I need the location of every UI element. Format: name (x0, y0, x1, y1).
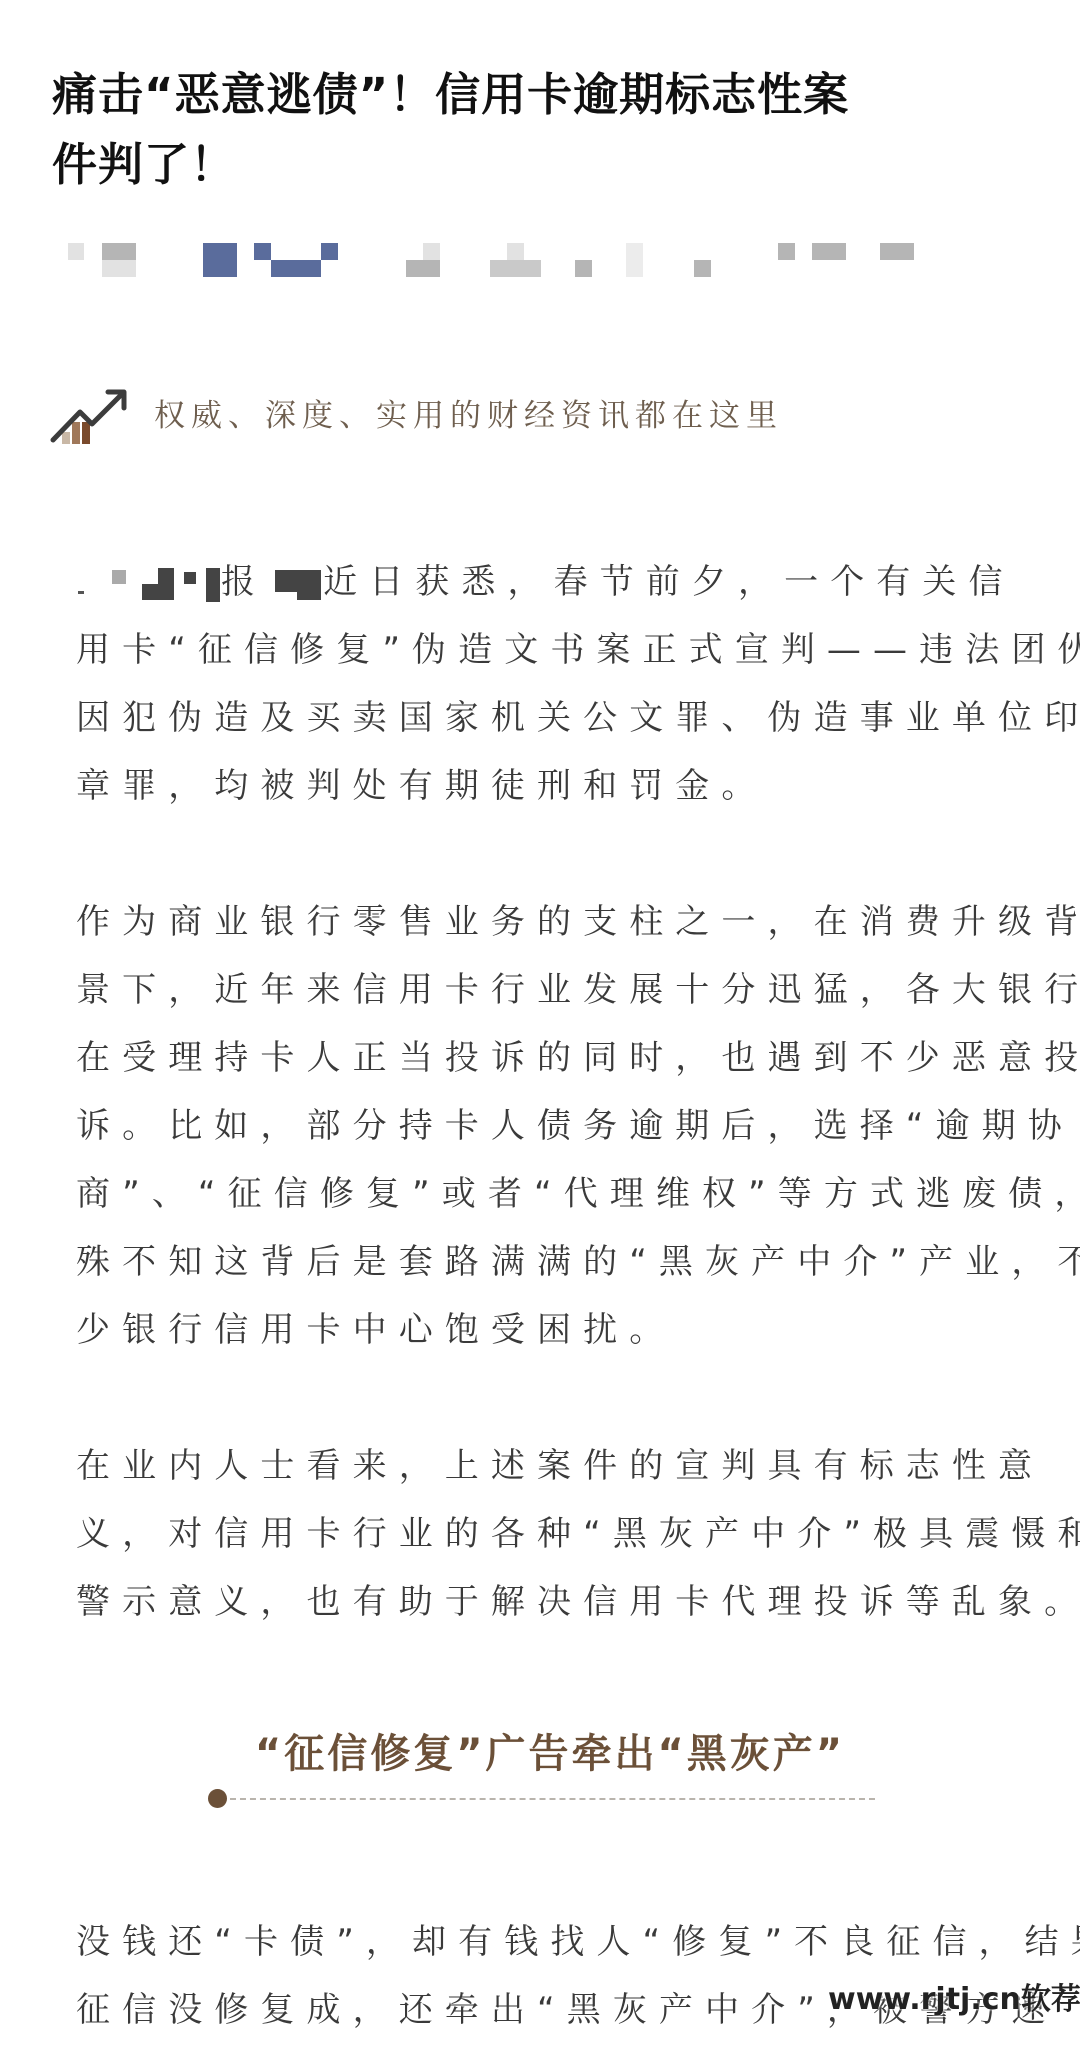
redacted-source-2 (267, 564, 323, 604)
byline-mosaic-block (490, 260, 541, 277)
byline-pixelated (0, 0, 1080, 300)
redaction-block (78, 591, 84, 594)
byline-mosaic-block (694, 260, 711, 277)
paragraph-line: 诉。比如，部分持卡人债务逾期后，选择“逾期协 (76, 1092, 1016, 1160)
byline-mosaic-block (575, 260, 592, 277)
byline-mosaic-block (68, 243, 84, 260)
paragraph-line: 章罪，均被判处有期徒刑和罚金。 (76, 752, 1016, 820)
section-heading: “征信修复”广告牵出“黑灰产” (200, 1726, 900, 1782)
byline-author-mosaic[interactable] (271, 260, 321, 277)
redaction-block (206, 568, 220, 602)
byline-mosaic-block (507, 243, 524, 260)
paragraph-4: 没钱还“卡债”，却有钱找人“修复”不良征信，结果 征信没修复成，还牵出“黑灰产中… (76, 1908, 1016, 2044)
paragraph-line: 作为商业银行零售业务的支柱之一，在消费升级背 (76, 888, 1016, 956)
watermark: www.rjtj.cn软荐网 (828, 1980, 1080, 2020)
paragraph-line: 警示意义，也有助于解决信用卡代理投诉等乱象。 (76, 1568, 1016, 1636)
divider-dashed-line (230, 1798, 875, 1800)
redaction-block (184, 572, 196, 584)
byline-mosaic-block (880, 243, 914, 260)
paragraph-3: 在业内人士看来，上述案件的宣判具有标志性意 义，对信用卡行业的各种“黑灰产中介”… (76, 1432, 1016, 1636)
byline-mosaic-block (812, 243, 846, 260)
tagline: 权威、深度、实用的财经资讯都在这里 (50, 380, 950, 450)
tagline-text: 权威、深度、实用的财经资讯都在这里 (154, 396, 783, 436)
paragraph-line: 义，对信用卡行业的各种“黑灰产中介”极具震慑和 (76, 1500, 1016, 1568)
trending-up-chart-icon (50, 382, 130, 446)
redaction-block (297, 570, 321, 600)
byline-author-mosaic[interactable] (321, 243, 338, 260)
redaction-block (142, 584, 158, 600)
paragraph-line: 商”、“征信修复”或者“代理维权”等方式逃废债， (76, 1160, 1016, 1228)
paragraph-line: 景下，近年来信用卡行业发展十分迅猛，各大银行 (76, 956, 1016, 1024)
byline-mosaic-block (626, 243, 643, 277)
paragraph-line: 殊不知这背后是套路满满的“黑灰产中介”产业，不 (76, 1228, 1016, 1296)
byline-author-mosaic[interactable] (203, 243, 237, 277)
paragraph-1: 报 近日获悉，春节前夕，一个有关信 用卡“征信修复”伪造文书案正式宣判——违法团… (76, 548, 1016, 820)
divider-dot-icon (208, 1789, 227, 1808)
byline-author-mosaic[interactable] (254, 243, 271, 260)
redaction-block (158, 568, 174, 600)
byline-mosaic-block (778, 243, 795, 260)
section-divider (208, 1789, 878, 1809)
paragraph-line: 少银行信用卡中心饱受困扰。 (76, 1296, 1016, 1364)
redaction-block (275, 570, 297, 592)
paragraph-line: 在受理持卡人正当投诉的同时，也遇到不少恶意投 (76, 1024, 1016, 1092)
byline-mosaic-block (423, 243, 440, 260)
paragraph-2: 作为商业银行零售业务的支柱之一，在消费升级背 景下，近年来信用卡行业发展十分迅猛… (76, 888, 1016, 1364)
byline-mosaic-block (406, 260, 440, 277)
paragraph-line: 没钱还“卡债”，却有钱找人“修复”不良征信，结果 (76, 1908, 1016, 1976)
paragraph-line: 在业内人士看来，上述案件的宣判具有标志性意 (76, 1432, 1016, 1500)
redaction-block (112, 570, 126, 584)
paragraph-line: 因犯伪造及买卖国家机关公文罪、伪造事业单位印 (76, 684, 1016, 752)
paragraph-line: 用卡“征信修复”伪造文书案正式宣判——违法团伙 (76, 616, 1016, 684)
visible-fragment: 报 (221, 562, 267, 602)
paragraph-line-text: 近日获悉，春节前夕，一个有关信 (323, 562, 1015, 602)
paragraph-line: 报 近日获悉，春节前夕，一个有关信 (76, 548, 1016, 616)
redacted-source (76, 564, 221, 604)
byline-mosaic-block (102, 260, 136, 277)
byline-mosaic-block (102, 243, 136, 260)
